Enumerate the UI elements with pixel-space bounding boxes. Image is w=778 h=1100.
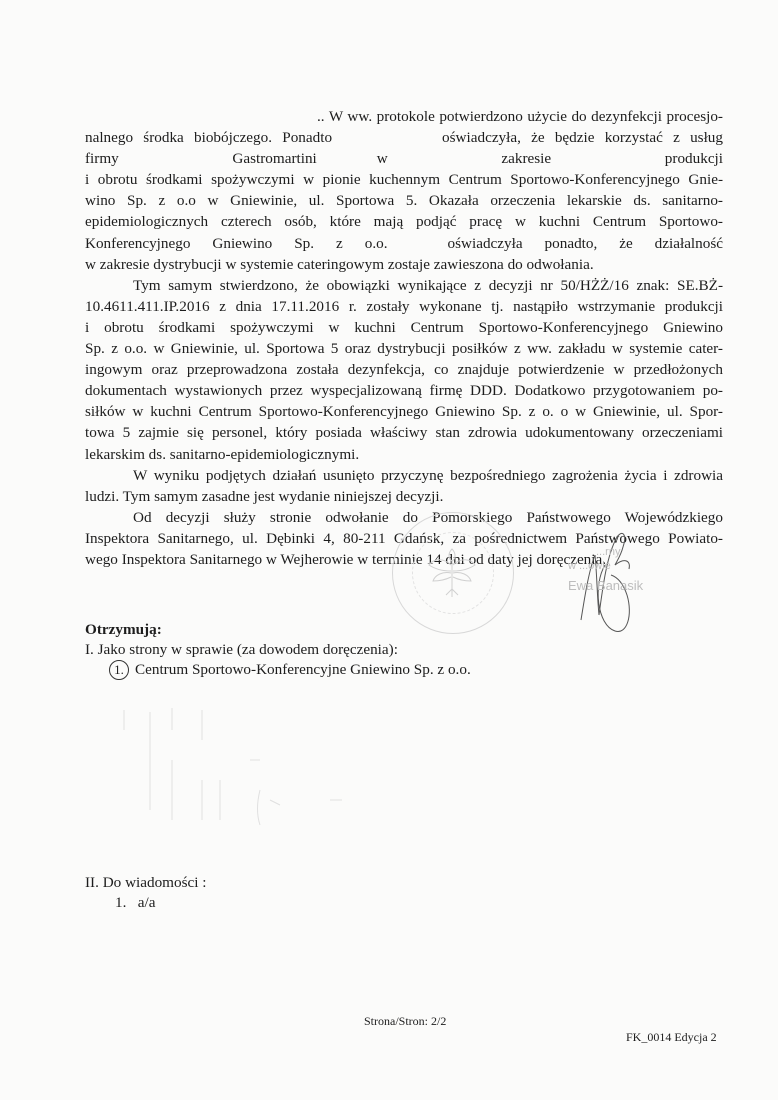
text-line: 10.4611.411.IP.2016 z dnia 17.11.2016 r.…: [85, 296, 723, 317]
text-line: nalnego środka biobójczego. Ponadtooświa…: [85, 127, 723, 148]
text-line: i obrotu środkami spożywczymi w kuchni C…: [85, 317, 723, 338]
recipient-label: Centrum Sportowo-Konferencyjne Gniewino …: [135, 661, 471, 678]
text-line: wino Sp. z o.o w Gniewinie, ul. Sportowa…: [85, 190, 723, 211]
text-line: siłków w kuchni Centrum Sportowo-Konfere…: [85, 401, 723, 422]
paragraph-3: W wyniku podjętych działań usunięto przy…: [85, 465, 723, 507]
text-line: firmy Gastromartiniw zakresie produkcji: [85, 148, 723, 169]
text-line: ingowym oraz przeprowadzona została dezy…: [85, 359, 723, 380]
circled-number: 1.: [109, 660, 129, 680]
recipient-item: 1.Centrum Sportowo-Konferencyjne Gniewin…: [85, 660, 471, 680]
text-line: Konferencyjnego Gniewino Sp. z o.o.oświa…: [85, 233, 723, 254]
text-line: w zakresie dystrybucji w systemie cateri…: [85, 254, 723, 275]
signatory-name: Ewa Banasik: [568, 579, 688, 593]
text-line: W wyniku podjętych działań usunięto przy…: [85, 465, 723, 486]
paragraph-1: .. W ww. protokole potwierdzono użycie d…: [85, 106, 723, 275]
eagle-emblem-icon: [415, 535, 489, 609]
text-line: Sp. z o.o. w Gniewinie, ul. Sportowa 5 o…: [85, 338, 723, 359]
info-section: II. Do wiadomości : 1. a/a: [85, 873, 206, 913]
text-line: dokumentach wystawionych przez wyspecjal…: [85, 380, 723, 401]
text-line: i obrotu środkami spożywczymi w pionie k…: [85, 169, 723, 190]
recipients-parties-heading: I. Jako strony w sprawie (za dowodem dor…: [85, 640, 471, 660]
recipients-title: Otrzymują:: [85, 620, 471, 640]
text-line: towa 5 zajmie się personel, który posiad…: [85, 422, 723, 443]
text-line: Tym samym stwierdzono, że obowiązki wyni…: [85, 275, 723, 296]
text-line: lekarskim ds. sanitarno-epidemiologiczny…: [85, 444, 723, 465]
signature-stamp: ...rny w ...owie Ewa Banasik: [568, 545, 688, 593]
text-line: ludzi. Tym samym zasadne jest wydanie ni…: [85, 486, 723, 507]
faded-redacted-area: [110, 700, 370, 840]
decision-body: .. W ww. protokole potwierdzono użycie d…: [85, 106, 723, 570]
recipients-section: Otrzymują: I. Jako strony w sprawie (za …: [85, 620, 471, 680]
document-page: .. W ww. protokole potwierdzono użycie d…: [0, 0, 778, 1100]
text-line: epidemiologicznych czterech osób, które …: [85, 211, 723, 232]
info-item: 1. a/a: [85, 893, 206, 913]
text-line: .. W ww. protokole potwierdzono użycie d…: [85, 106, 723, 127]
form-code: FK_0014 Edycja 2: [626, 1030, 717, 1045]
page-number: Strona/Stron: 2/2: [364, 1014, 446, 1029]
paragraph-2: Tym samym stwierdzono, że obowiązki wyni…: [85, 275, 723, 465]
info-heading: II. Do wiadomości :: [85, 873, 206, 893]
